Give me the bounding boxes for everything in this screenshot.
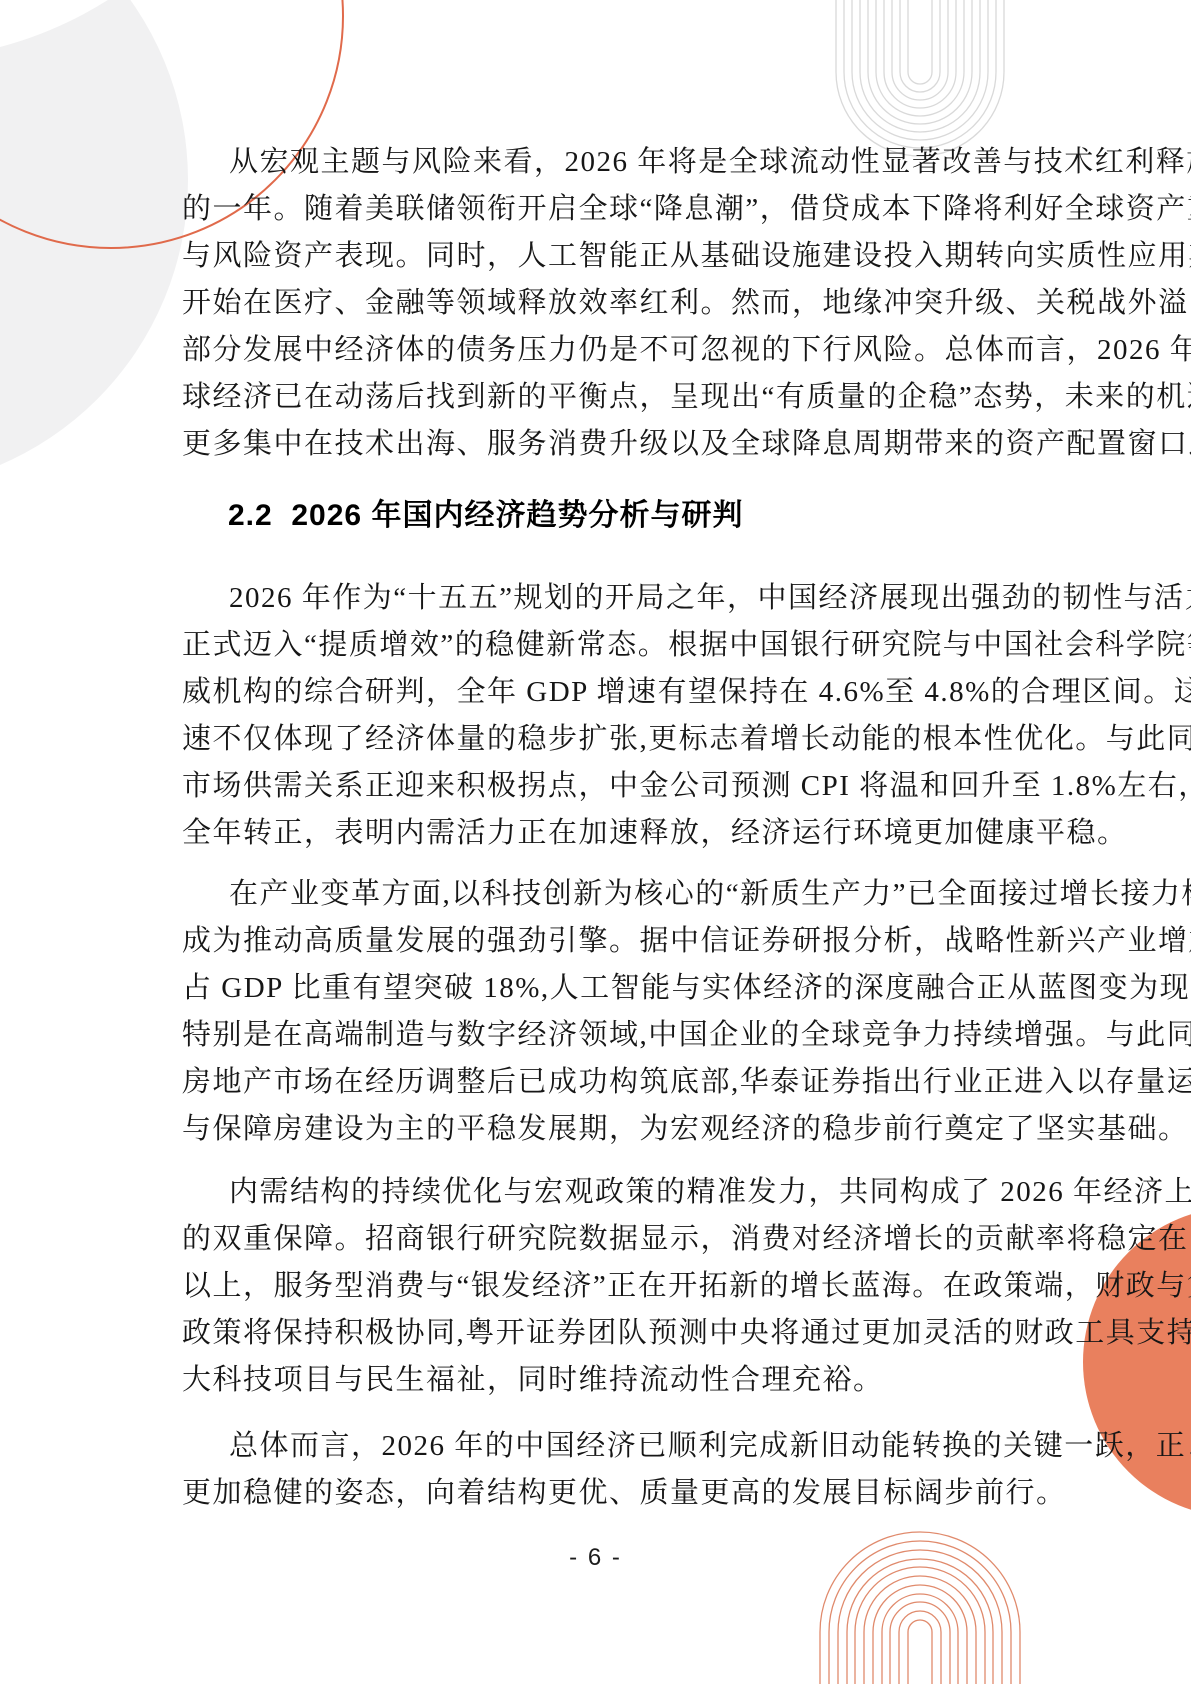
body-line: 球经济已在动荡后找到新的平衡点，呈现出“有质量的企稳”态势，未来的机遇将 xyxy=(182,374,1010,421)
body-line: 占 GDP 比重有望突破 18%,人工智能与实体经济的深度融合正从蓝图变为现实， xyxy=(182,965,1010,1012)
body-line: 与保障房建设为主的平稳发展期，为宏观经济的稳步前行奠定了坚实基础。 xyxy=(182,1106,1010,1153)
body-line: 更加稳健的姿态，向着结构更优、质量更高的发展目标阔步前行。 xyxy=(182,1470,1010,1517)
paragraph-conclusion: 总体而言，2026 年的中国经济已顺利完成新旧动能转换的关键一跃，正以 更加稳健… xyxy=(182,1423,1010,1517)
body-line: 威机构的综合研判，全年 GDP 增速有望保持在 4.6%至 4.8%的合理区间。… xyxy=(182,669,1010,716)
body-line: 特别是在高端制造与数字经济领域,中国企业的全球竞争力持续增强。与此同时， xyxy=(182,1012,1010,1059)
paragraph-demand-policy: 内需结构的持续优化与宏观政策的精准发力，共同构成了 2026 年经济上行 的双重… xyxy=(182,1169,1010,1404)
body-line: 市场供需关系正迎来积极拐点，中金公司预测 CPI 将温和回升至 1.8%左右，P… xyxy=(182,763,1010,810)
paragraph-domestic-gdp: 2026 年作为“十五五”规划的开局之年，中国经济展现出强劲的韧性与活力， 正式… xyxy=(182,575,1010,857)
section-heading: 2.2 2026 年国内经济趋势分析与研判 xyxy=(228,496,743,536)
body-line: 大科技项目与民生福祉，同时维持流动性合理充裕。 xyxy=(182,1357,1010,1404)
body-line: 的一年。随着美联储领衔开启全球“降息潮”，借贷成本下降将利好全球资产重估 xyxy=(182,186,1010,233)
body-line: 成为推动高质量发展的强劲引擎。据中信证券研报分析，战略性新兴产业增加值 xyxy=(182,918,1010,965)
body-line: 全年转正，表明内需活力正在加速释放，经济运行环境更加健康平稳。 xyxy=(182,810,1010,857)
body-line: 正式迈入“提质增效”的稳健新常态。根据中国银行研究院与中国社会科学院等权 xyxy=(182,622,1010,669)
body-line: 在产业变革方面,以科技创新为核心的“新质生产力”已全面接过增长接力棒， xyxy=(182,871,1010,918)
white-cut-circle-decoration xyxy=(0,0,290,60)
document-page: 从宏观主题与风险来看，2026 年将是全球流动性显著改善与技术红利释放 的一年。… xyxy=(0,0,1191,1684)
body-line: 总体而言，2026 年的中国经济已顺利完成新旧动能转换的关键一跃，正以 xyxy=(182,1423,1010,1470)
body-line: 房地产市场在经历调整后已成功构筑底部,华泰证券指出行业正进入以存量运营 xyxy=(182,1059,1010,1106)
body-line: 的双重保障。招商银行研究院数据显示，消费对经济增长的贡献率将稳定在 60% xyxy=(182,1216,1010,1263)
paragraph-global-outlook: 从宏观主题与风险来看，2026 年将是全球流动性显著改善与技术红利释放 的一年。… xyxy=(182,139,1010,468)
body-line: 速不仅体现了经济体量的稳步扩张,更标志着增长动能的根本性优化。与此同时， xyxy=(182,716,1010,763)
body-line: 以上，服务型消费与“银发经济”正在开拓新的增长蓝海。在政策端，财政与货币 xyxy=(182,1263,1010,1310)
body-line: 内需结构的持续优化与宏观政策的精准发力，共同构成了 2026 年经济上行 xyxy=(182,1169,1010,1216)
gray-circle-decoration xyxy=(0,0,188,490)
body-line: 从宏观主题与风险来看，2026 年将是全球流动性显著改善与技术红利释放 xyxy=(182,139,1010,186)
paragraph-industry-transformation: 在产业变革方面,以科技创新为核心的“新质生产力”已全面接过增长接力棒， 成为推动… xyxy=(182,871,1010,1153)
body-line: 开始在医疗、金融等领域释放效率红利。然而，地缘冲突升级、关税战外溢以及 xyxy=(182,280,1010,327)
top-right-arc-pattern xyxy=(836,0,1004,156)
body-line: 2026 年作为“十五五”规划的开局之年，中国经济展现出强劲的韧性与活力， xyxy=(182,575,1010,622)
body-line: 更多集中在技术出海、服务消费升级以及全球降息周期带来的资产配置窗口之中。 xyxy=(182,421,1010,468)
page-number: - 6 - xyxy=(0,1544,1191,1572)
body-line: 与风险资产表现。同时，人工智能正从基础设施建设投入期转向实质性应用期， xyxy=(182,233,1010,280)
body-line: 政策将保持积极协同,粤开证券团队预测中央将通过更加灵活的财政工具支持重 xyxy=(182,1310,1010,1357)
body-line: 部分发展中经济体的债务压力仍是不可忽视的下行风险。总体而言，2026 年全 xyxy=(182,327,1010,374)
